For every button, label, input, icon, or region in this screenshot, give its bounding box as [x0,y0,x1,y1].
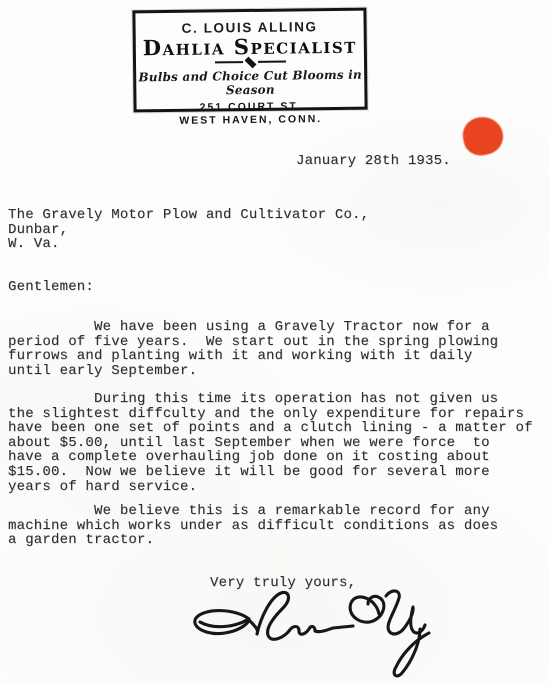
salutation: Gentlemen: [8,280,94,295]
body-paragraph-2: During this time its operation has not g… [8,392,533,494]
letterhead-tagline: Bulbs and Choice Cut Blooms in Season [136,68,364,99]
signature-script-icon [183,586,435,681]
recipient-address-block: The Gravely Motor Plow and Cultivator Co… [8,208,369,252]
body-paragraph-3: We believe this is a remarkable record f… [8,504,498,548]
date-line: January 28th 1935. [296,154,451,169]
red-ink-stamp-dot [460,114,506,158]
body-paragraph-1: We have been using a Gravely Tractor now… [8,320,498,378]
letterhead-title: Dahlia Specialist [136,35,364,59]
handwritten-signature [183,586,435,681]
letterhead-city-address: WEST HAVEN, CONN. [137,113,365,128]
divider-rule-right [258,61,286,63]
divider-rule-left [215,61,243,63]
letterhead-box: C. LOUIS ALLING Dahlia Specialist Bulbs … [132,8,367,113]
scanned-letter-page: C. LOUIS ALLING Dahlia Specialist Bulbs … [0,0,550,683]
